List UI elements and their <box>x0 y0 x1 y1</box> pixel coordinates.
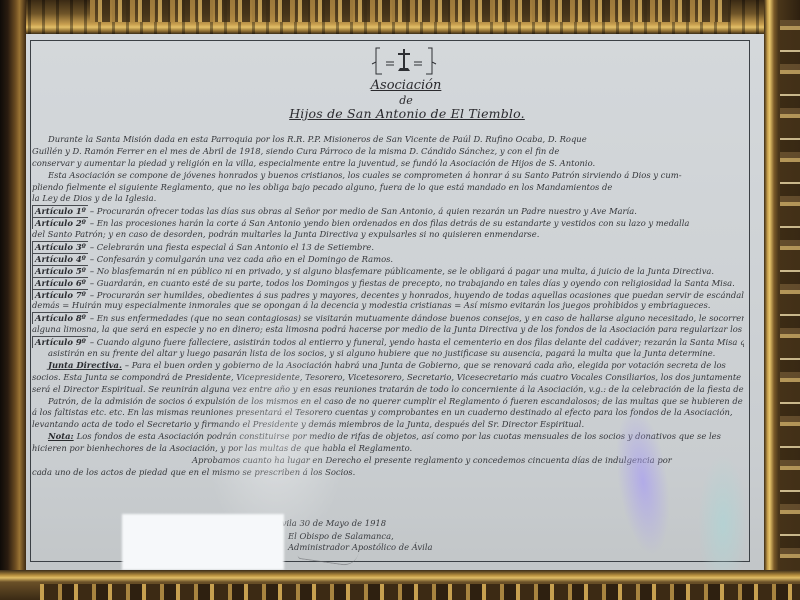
glass-glare-white <box>122 514 284 570</box>
intro-line: pliendo fielmente el siguiente Reglament… <box>32 182 744 194</box>
article-8-continued: alguna limosna, la que será en especie y… <box>32 324 744 336</box>
article-5: Artículo 5º– No blasfemarán ni en públic… <box>32 265 744 277</box>
junta-line: socios. Esta Junta se compondrá de Presi… <box>32 372 744 384</box>
junta-label: Junta Directiva. <box>48 360 122 370</box>
article-2: Artículo 2º– En las procesiones harán la… <box>32 217 744 229</box>
intro-line: la Ley de Dios y de la Iglesia. <box>32 193 744 205</box>
frame-left-rail <box>0 0 26 600</box>
article-label: Artículo 2º <box>32 217 88 229</box>
junta-directiva: Junta Directiva.– Para el buen orden y g… <box>32 360 744 372</box>
article-2-continued: del Santo Patrón; y en caso de desorden,… <box>32 229 744 241</box>
article-label: Artículo 9º <box>32 336 88 348</box>
intro-line: Esta Asociación se compone de jóvenes ho… <box>32 170 744 182</box>
article-text: Guardarán, en cuanto esté de su parte, t… <box>97 278 735 288</box>
article-text: Celebrarán una fiesta especial á San Ant… <box>97 242 374 252</box>
article-label: Artículo 5º <box>32 265 88 277</box>
article-label: Artículo 3º <box>32 241 88 253</box>
glass-reflection-teal <box>698 454 748 570</box>
article-label: Artículo 1º <box>32 205 88 217</box>
frame-bottom-ornament <box>40 584 800 600</box>
intro-line: conservar y aumentar la piedad y religió… <box>32 158 744 170</box>
article-text: No blasfemarán ni en público ni en priva… <box>97 266 714 276</box>
article-9: Artículo 9º– Cuando alguno fuere falleci… <box>32 336 744 348</box>
frame-right-ornament <box>780 20 800 590</box>
cross-emblem-icon <box>370 46 438 76</box>
article-text: Confesarán y comulgarán una vez cada año… <box>97 254 393 264</box>
junta-line: será el Director Espiritual. Se reunirán… <box>32 384 744 396</box>
intro-line: Durante la Santa Misión dada en esta Par… <box>32 134 744 146</box>
article-text: Procurarán ofrecer todas las días sus ob… <box>97 206 637 216</box>
article-1: Artículo 1º– Procurarán ofrecer todas la… <box>32 205 744 217</box>
article-text: Procurarán ser humildes, obedientes á su… <box>97 290 744 300</box>
article-text: En las procesiones harán la corte á San … <box>97 218 690 228</box>
article-3: Artículo 3º– Celebrarán una fiesta espec… <box>32 241 744 253</box>
article-8: Artículo 8º– En sus enfermedades (que no… <box>32 312 744 324</box>
article-9-continued: asistirán en su frente del altar y luego… <box>32 348 744 360</box>
title-association: Asociación <box>331 78 481 93</box>
frame-top-ornament <box>90 0 730 22</box>
article-label: Artículo 8º <box>32 312 88 324</box>
article-4: Artículo 4º– Confesarán y comulgarán una… <box>32 253 744 265</box>
intro-line: Guillén y D. Ramón Ferrer en el mes de A… <box>32 146 744 158</box>
article-text: Cuando alguno fuere falleciere, asistirá… <box>97 337 744 347</box>
article-6: Artículo 6º– Guardarán, en cuanto esté d… <box>32 277 744 289</box>
article-label: Artículo 4º <box>32 253 88 265</box>
article-label: Artículo 6º <box>32 277 88 289</box>
article-label: Artículo 7º <box>32 289 88 301</box>
article-7-continued: demás = Huirán muy especialmente inmoral… <box>32 300 744 312</box>
nota-label: Nota: <box>48 431 74 441</box>
document-title: Hijos de San Antonio de El Tiemblo. <box>252 106 562 121</box>
article-7: Artículo 7º– Procurarán ser humildes, ob… <box>32 289 744 301</box>
article-text: En sus enfermedades (que no sean contagi… <box>97 313 744 323</box>
document-paper: Asociación de Hijos de San Antonio de El… <box>26 34 764 570</box>
